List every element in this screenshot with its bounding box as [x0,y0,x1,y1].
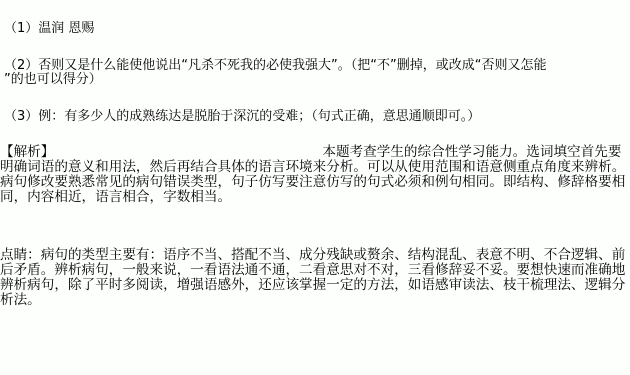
tip-text: 点睛：病句的类型主要有：语序不当、搭配不当、成分残缺或赘余、结构混乱、表意不明、… [0,247,625,308]
tip-section: 点睛：病句的类型主要有：语序不当、搭配不当、成分残缺或赘余、结构混乱、表意不明、… [0,248,628,308]
answer-3: （3）例：有多少人的成熟练达是脱胎于深沉的受难；（句式正确，意思通顺即可。） [4,110,480,124]
answer-1: （1）温润 恩赐 [4,22,94,36]
answer-2-continuation: ”的也可以得分） [4,73,102,87]
analysis-heading: 【解析】 [0,145,54,160]
analysis-section: 【解析】本题考查学生的综合性学习能力。选词填空首先要明确词语的意义和用法，然后再… [0,145,628,205]
analysis-text: 本题考查学生的综合性学习能力。选词填空首先要明确词语的意义和用法，然后再结合具体… [0,144,625,205]
answer-2: （2）否则又是什么能使他说出“凡杀不死我的必使我强大”。（把“不”删掉，或改成“… [4,59,546,73]
